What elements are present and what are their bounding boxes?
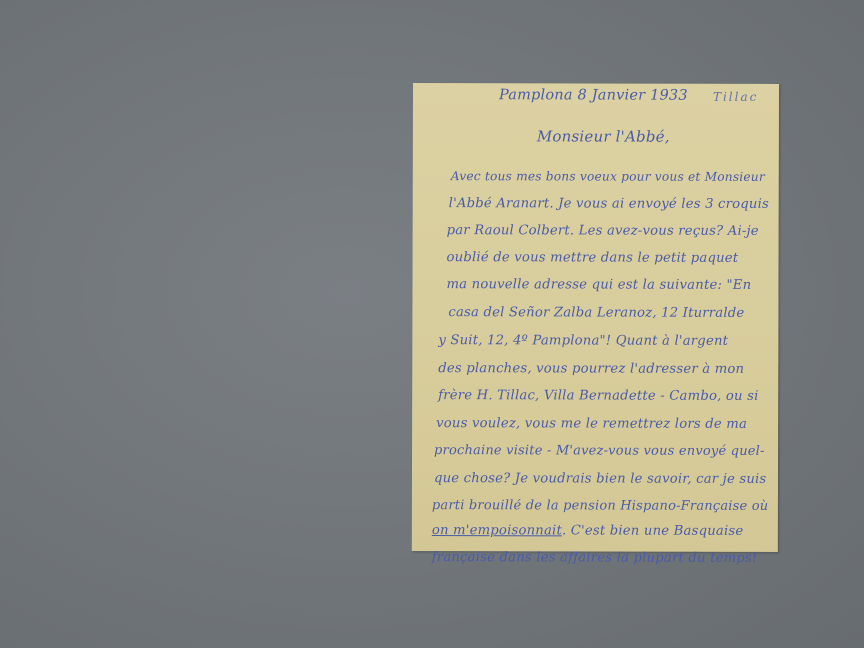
letter-dateline: Pamplona 8 Janvier 1933 [499, 87, 688, 103]
letter-line: parti brouillé de la pension Hispano-Fra… [432, 498, 768, 514]
letter-salutation: Monsieur l'Abbé, [537, 127, 670, 145]
letter-line-underlined: on m'empoisonnait. C'est bien une Basqua… [432, 523, 744, 539]
letter-line: oublié de vous mettre dans le petit paqu… [447, 250, 739, 266]
letter-line: l'Abbé Aranart. Je vous ai envoyé les 3 … [449, 196, 769, 212]
letter-line: Avec tous mes bons voeux pour vous et Mo… [451, 169, 765, 184]
handwritten-letter-page: Pamplona 8 Janvier 1933 Tillac Monsieur … [412, 83, 779, 552]
letter-line: casa del Señor Zalba Leranoz, 12 Iturral… [448, 305, 744, 321]
letter-signature-note: Tillac [713, 90, 758, 104]
letter-line: y Suit, 12, 4º Pamplona"! Quant à l'arge… [438, 333, 728, 349]
letter-line: frère H. Tillac, Villa Bernadette - Camb… [438, 388, 758, 404]
letter-line: des planches, vous pourrez l'adresser à … [438, 361, 744, 377]
letter-line: que chose? Je voudrais bien le savoir, c… [434, 471, 766, 487]
letter-line: ma nouvelle adresse qui est la suivante:… [446, 277, 751, 293]
letter-line: par Raoul Colbert. Les avez-vous reçus? … [447, 223, 759, 239]
letter-line: française dans les affaires la plupart d… [432, 550, 758, 566]
letter-line: prochaine visite - M'avez-vous vous envo… [434, 443, 765, 459]
underlined-phrase: on m'empoisonnait [432, 523, 562, 538]
letter-line: vous voulez, vous me le remettrez lors d… [436, 416, 747, 432]
